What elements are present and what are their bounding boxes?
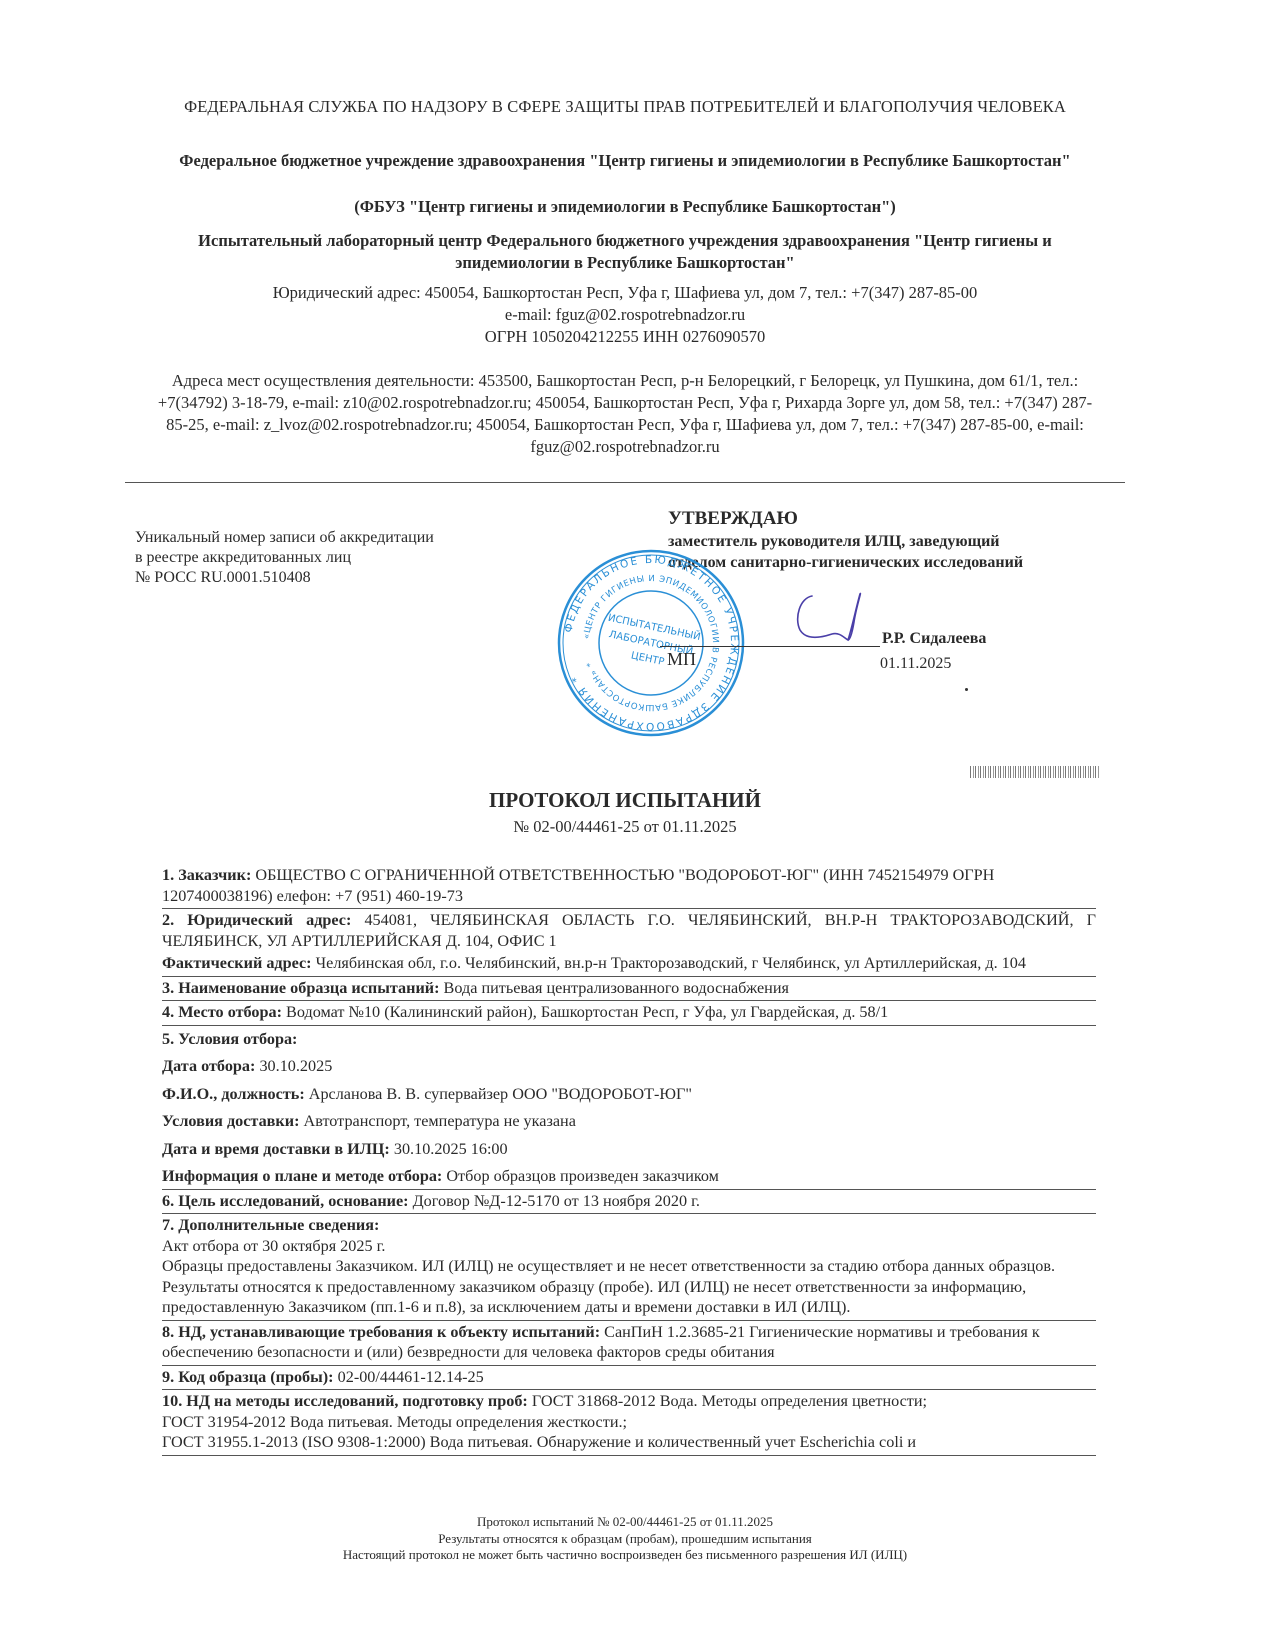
agency-name: ФЕДЕРАЛЬНАЯ СЛУЖБА ПО НАДЗОРУ В СФЕРЕ ЗА… — [150, 96, 1100, 118]
section-customer: 1. Заказчик: ОБЩЕСТВО С ОГРАНИЧЕННОЙ ОТВ… — [162, 864, 1096, 909]
signer-name: Р.Р. Сидалеева — [882, 630, 986, 648]
sampling-date-label: Дата отбора: — [162, 1057, 255, 1075]
section-label: 9. Код образца (пробы): — [162, 1368, 334, 1386]
accreditation-number: № РОСС RU.0001.510408 — [135, 568, 434, 588]
actual-address-label: Фактический адрес: — [162, 954, 312, 972]
accreditation-line-1: Уникальный номер записи об аккредитации — [135, 528, 434, 548]
legal-address: Юридический адрес: 450054, Башкортостан … — [150, 282, 1100, 304]
section-methods: 10. НД на методы исследований, подготовк… — [162, 1390, 1096, 1456]
footer-results-note: Результаты относятся к образцам (пробам)… — [150, 1531, 1100, 1548]
protocol-title: ПРОТОКОЛ ИСПЫТАНИЙ — [150, 788, 1100, 813]
purpose-value: Договор №Д-12-5170 от 13 ноября 2020 г. — [413, 1192, 700, 1210]
customer-value: ОБЩЕСТВО С ОГРАНИЧЕННОЙ ОТВЕТСТВЕННОСТЬЮ… — [162, 866, 994, 905]
delivery-label: Условия доставки: — [162, 1112, 299, 1130]
plan-value: Отбор образцов произведен заказчиком — [446, 1167, 719, 1185]
section-sample-code: 9. Код образца (пробы): 02-00/44461-12.1… — [162, 1366, 1096, 1391]
plan-label: Информация о плане и методе отбора: — [162, 1167, 442, 1185]
sampling-place-value: Водомат №10 (Калининский район), Башкорт… — [286, 1003, 888, 1021]
scan-dot — [965, 688, 968, 691]
section-sampling-place: 4. Место отбора: Водомат №10 (Калинински… — [162, 1001, 1096, 1026]
section-label: 1. Заказчик: — [162, 866, 251, 884]
approval-date: 01.11.2025 — [880, 655, 951, 673]
section-purpose: 6. Цель исследований, основание: Договор… — [162, 1190, 1096, 1215]
accreditation-block: Уникальный номер записи об аккредитации … — [135, 528, 434, 588]
method-1: ГОСТ 31868-2012 Вода. Методы определения… — [532, 1392, 927, 1410]
actual-address-value: Челябинская обл, г.о. Челябинский, вн.р-… — [316, 954, 1026, 972]
institution-short-name: (ФБУЗ "Центр гигиены и эпидемиологии в Р… — [150, 196, 1100, 218]
person-value: Арсланова В. В. супервайзер ООО "ВОДОРОБ… — [309, 1085, 692, 1103]
sampling-date-value: 30.10.2025 — [259, 1057, 332, 1075]
method-3: ГОСТ 31955.1-2013 (ISO 9308-1:2000) Вода… — [162, 1432, 1096, 1453]
sample-name-value: Вода питьевая централизованного водоснаб… — [444, 979, 789, 997]
accreditation-line-2: в реестре аккредитованных лиц — [135, 548, 434, 568]
signature-line — [660, 646, 880, 647]
stamp-center-line-3: ЦЕНТР — [630, 650, 665, 668]
signature-icon — [790, 588, 870, 648]
document-page: ФЕДЕРАЛЬНАЯ СЛУЖБА ПО НАДЗОРУ В СФЕРЕ ЗА… — [0, 0, 1275, 1650]
section-label: 2. Юридический адрес: — [162, 911, 351, 929]
sample-code-value: 02-00/44461-12.14-25 — [338, 1368, 484, 1386]
footer-protocol-number: Протокол испытаний № 02-00/44461-25 от 0… — [150, 1514, 1100, 1531]
section-label: 5. Условия отбора: — [162, 1030, 297, 1048]
barcode-icon — [970, 766, 1100, 778]
delivery-value: Автотранспорт, температура не указана — [304, 1112, 576, 1130]
page-footer: Протокол испытаний № 02-00/44461-25 от 0… — [150, 1514, 1100, 1564]
ogrn-inn: ОГРН 1050204212255 ИНН 0276090570 — [150, 326, 1100, 348]
person-label: Ф.И.О., должность: — [162, 1085, 305, 1103]
sampling-act: Акт отбора от 30 октября 2025 г. — [162, 1236, 1096, 1257]
approval-title: УТВЕРЖДАЮ — [668, 507, 1023, 531]
delivery-time-value: 30.10.2025 16:00 — [394, 1140, 508, 1158]
method-2: ГОСТ 31954-2012 Вода питьевая. Методы оп… — [162, 1412, 1096, 1433]
header-divider — [125, 482, 1125, 483]
section-label: 4. Место отбора: — [162, 1003, 282, 1021]
section-label: 10. НД на методы исследований, подготовк… — [162, 1392, 528, 1410]
protocol-number: № 02-00/44461-25 от 01.11.2025 — [150, 817, 1100, 837]
section-label: 8. НД, устанавливающие требования к объе… — [162, 1323, 600, 1341]
stamp-icon: ФЕДЕРАЛЬНОЕ БЮДЖЕТНОЕ УЧРЕЖДЕНИЕ ЗДРАВОО… — [556, 548, 746, 738]
additional-info-text: Образцы предоставлены Заказчиком. ИЛ (ИЛ… — [162, 1256, 1096, 1318]
section-label: 6. Цель исследований, основание: — [162, 1192, 409, 1210]
delivery-time-label: Дата и время доставки в ИЛЦ: — [162, 1140, 390, 1158]
footer-reproduction-note: Настоящий протокол не может быть частичн… — [150, 1547, 1100, 1564]
section-additional-info: 7. Дополнительные сведения: Акт отбора о… — [162, 1214, 1096, 1321]
lab-center-name: Испытательный лабораторный центр Федерал… — [150, 230, 1100, 274]
stamp-place-label: МП — [667, 649, 696, 670]
section-sampling-conditions: 5. Условия отбора: Дата отбора: 30.10.20… — [162, 1026, 1096, 1190]
protocol-sections: 1. Заказчик: ОБЩЕСТВО С ОГРАНИЧЕННОЙ ОТВ… — [162, 864, 1096, 1456]
legal-address-block: Юридический адрес: 450054, Башкортостан … — [150, 282, 1100, 348]
section-label: 7. Дополнительные сведения: — [162, 1216, 379, 1234]
section-label: 3. Наименование образца испытаний: — [162, 979, 440, 997]
section-requirements: 8. НД, устанавливающие требования к объе… — [162, 1321, 1096, 1366]
section-sample-name: 3. Наименование образца испытаний: Вода … — [162, 977, 1096, 1002]
institution-name: Федеральное бюджетное учреждение здравоо… — [150, 150, 1100, 172]
email: e-mail: fguz@02.rospotrebnadzor.ru — [150, 304, 1100, 326]
section-address: 2. Юридический адрес: 454081, ЧЕЛЯБИНСКА… — [162, 909, 1096, 977]
activity-addresses: Адреса мест осуществления деятельности: … — [150, 370, 1100, 458]
